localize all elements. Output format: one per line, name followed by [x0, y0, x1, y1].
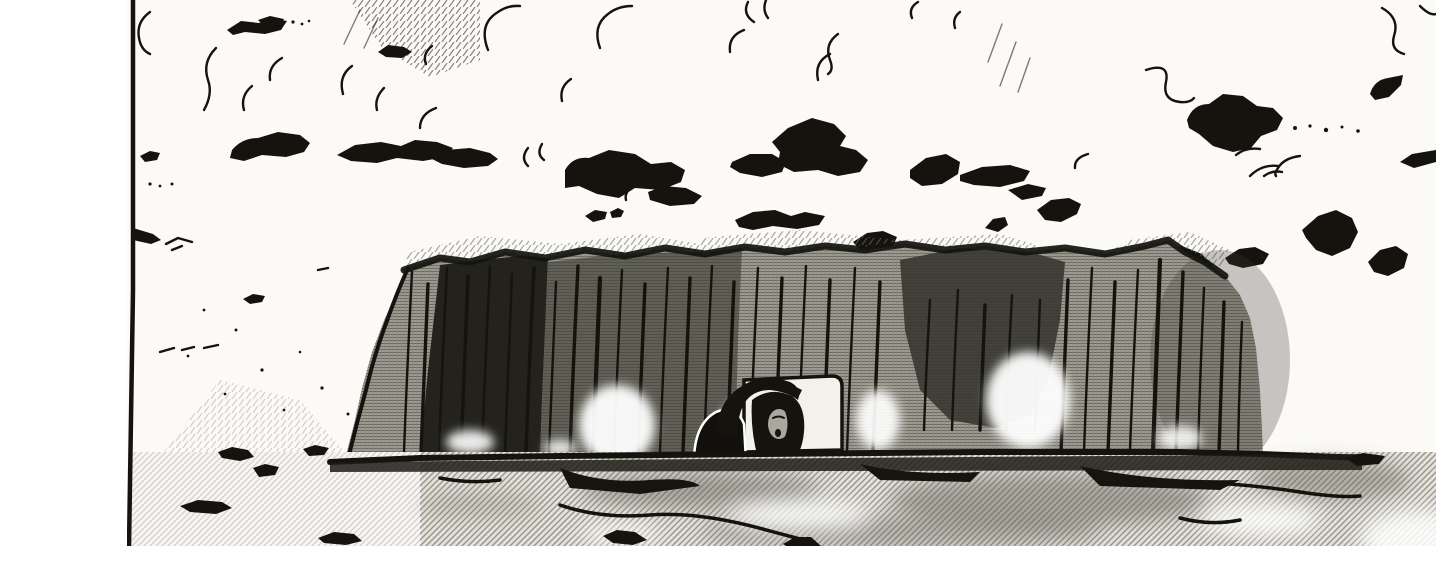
dust-puff: [986, 352, 1070, 448]
figure-mouth: [775, 429, 781, 437]
manga-panel-page: Manga panel: figure at the base of a dar…: [0, 0, 1436, 570]
dust-puff: [446, 430, 494, 454]
left-page-margin: [0, 0, 127, 570]
dust-puff: [1158, 426, 1202, 450]
panel-artwork: Manga panel: figure at the base of a dar…: [0, 0, 1436, 570]
bottom-page-margin: [0, 546, 1436, 570]
dust-puff: [856, 390, 900, 450]
